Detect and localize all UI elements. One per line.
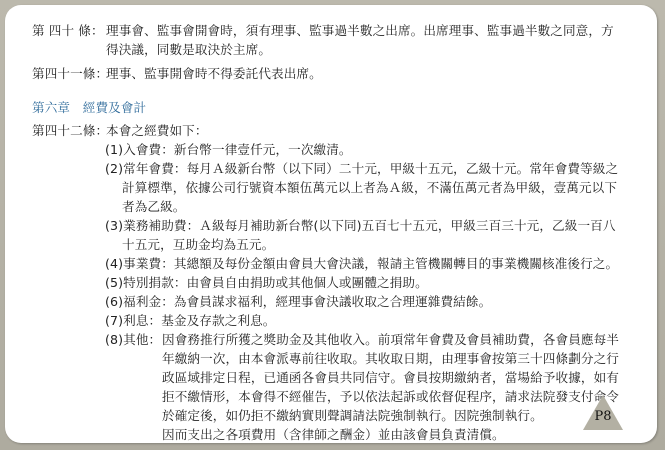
fee-item-8-line-5: 於確定後，如仍拒不繳納實則聲調請法院強制執行。因院強制執行。 [162,407,543,424]
fee-item-4: (4)事業費：其總額及每份金額由會員大會決議，報請主管機關轉目的事業機關核准後行… [105,255,618,272]
document-page: 第 四十 條： 理事會、監事會開會時，須有理事、監事過半數之出席。出席理事、監事… [5,5,657,443]
fee-item-8-line-6: 因而支出之各項費用（含律師之酬金）並由該會員負責清償。 [162,426,505,443]
fee-item-8-line-2: 年繳納一次，由本會派專前往收取。其收取日期，由理事會按第三十四條劃分之行 [162,350,619,367]
fee-item-6: (6)福利金：為會員謀求福利，經理事會決議收取之合理運雜費結餘。 [105,293,491,310]
page-number: P8 [583,409,623,424]
article-40-text-line-2: 得決議，同數是取決於主席。 [106,41,271,58]
page-number-marker: P8 [583,395,623,430]
article-41-text: 理事、監事開會時不得委託代表出席。 [106,65,322,82]
fee-item-2-line-3: 者為乙級。 [122,198,185,215]
fee-item-3-line-1: (3)業務補助費：Ａ級每月補助新台幣(以下同)五百七十五元，甲級三百三十元，乙級… [105,217,616,234]
fee-item-2-line-2: 計算標準，依據公司行號資本額伍萬元以上者為Ａ級，不滿伍萬元者為甲級，壹萬元以下 [122,179,617,196]
article-40-label: 第 四十 條： [32,22,104,39]
article-41-label: 第四十一條： [32,65,108,82]
fee-item-3-line-2: 十五元，互助金均為五元。 [122,236,274,253]
fee-item-8-line-3: 政區域排定日程，已通函各會員共同信守。會員按期繳納者，當場給予收據，如有 [162,369,619,386]
fee-item-8-line-1: 因會務推行所獲之獎助金及其他收入。前項常年會費及會員補助費，各會員應每半 [162,331,619,348]
fee-item-7: (7)利息：基金及存款之利息。 [105,312,275,329]
chapter-heading: 第六章 經費及會計 [32,99,146,116]
fee-item-1: (1)入會費：新台幣一律壹仟元，一次繳清。 [105,141,352,158]
article-42-label: 第四十二條： [32,122,108,139]
fee-item-2-line-1: (2)常年會費：每月Ａ級新台幣（以下同）二十元，甲級十五元，乙級十元。常年會費等… [105,160,618,177]
article-42-intro: 本會之經費如下： [106,122,208,139]
fee-item-8-label: (8)其他： [105,331,161,348]
fee-item-8-line-4: 拒不繳情形，本會得不經催告，予以依法起訴或依督促程序，請求法院發支付命令 [162,388,619,405]
article-40-text-line-1: 理事會、監事會開會時，須有理事、監事過半數之出席。出席理事、監事過半數之同意，方 [106,22,614,39]
fee-item-5: (5)特別捐款：由會員自由捐助或其他個人或團體之捐助。 [105,274,428,291]
